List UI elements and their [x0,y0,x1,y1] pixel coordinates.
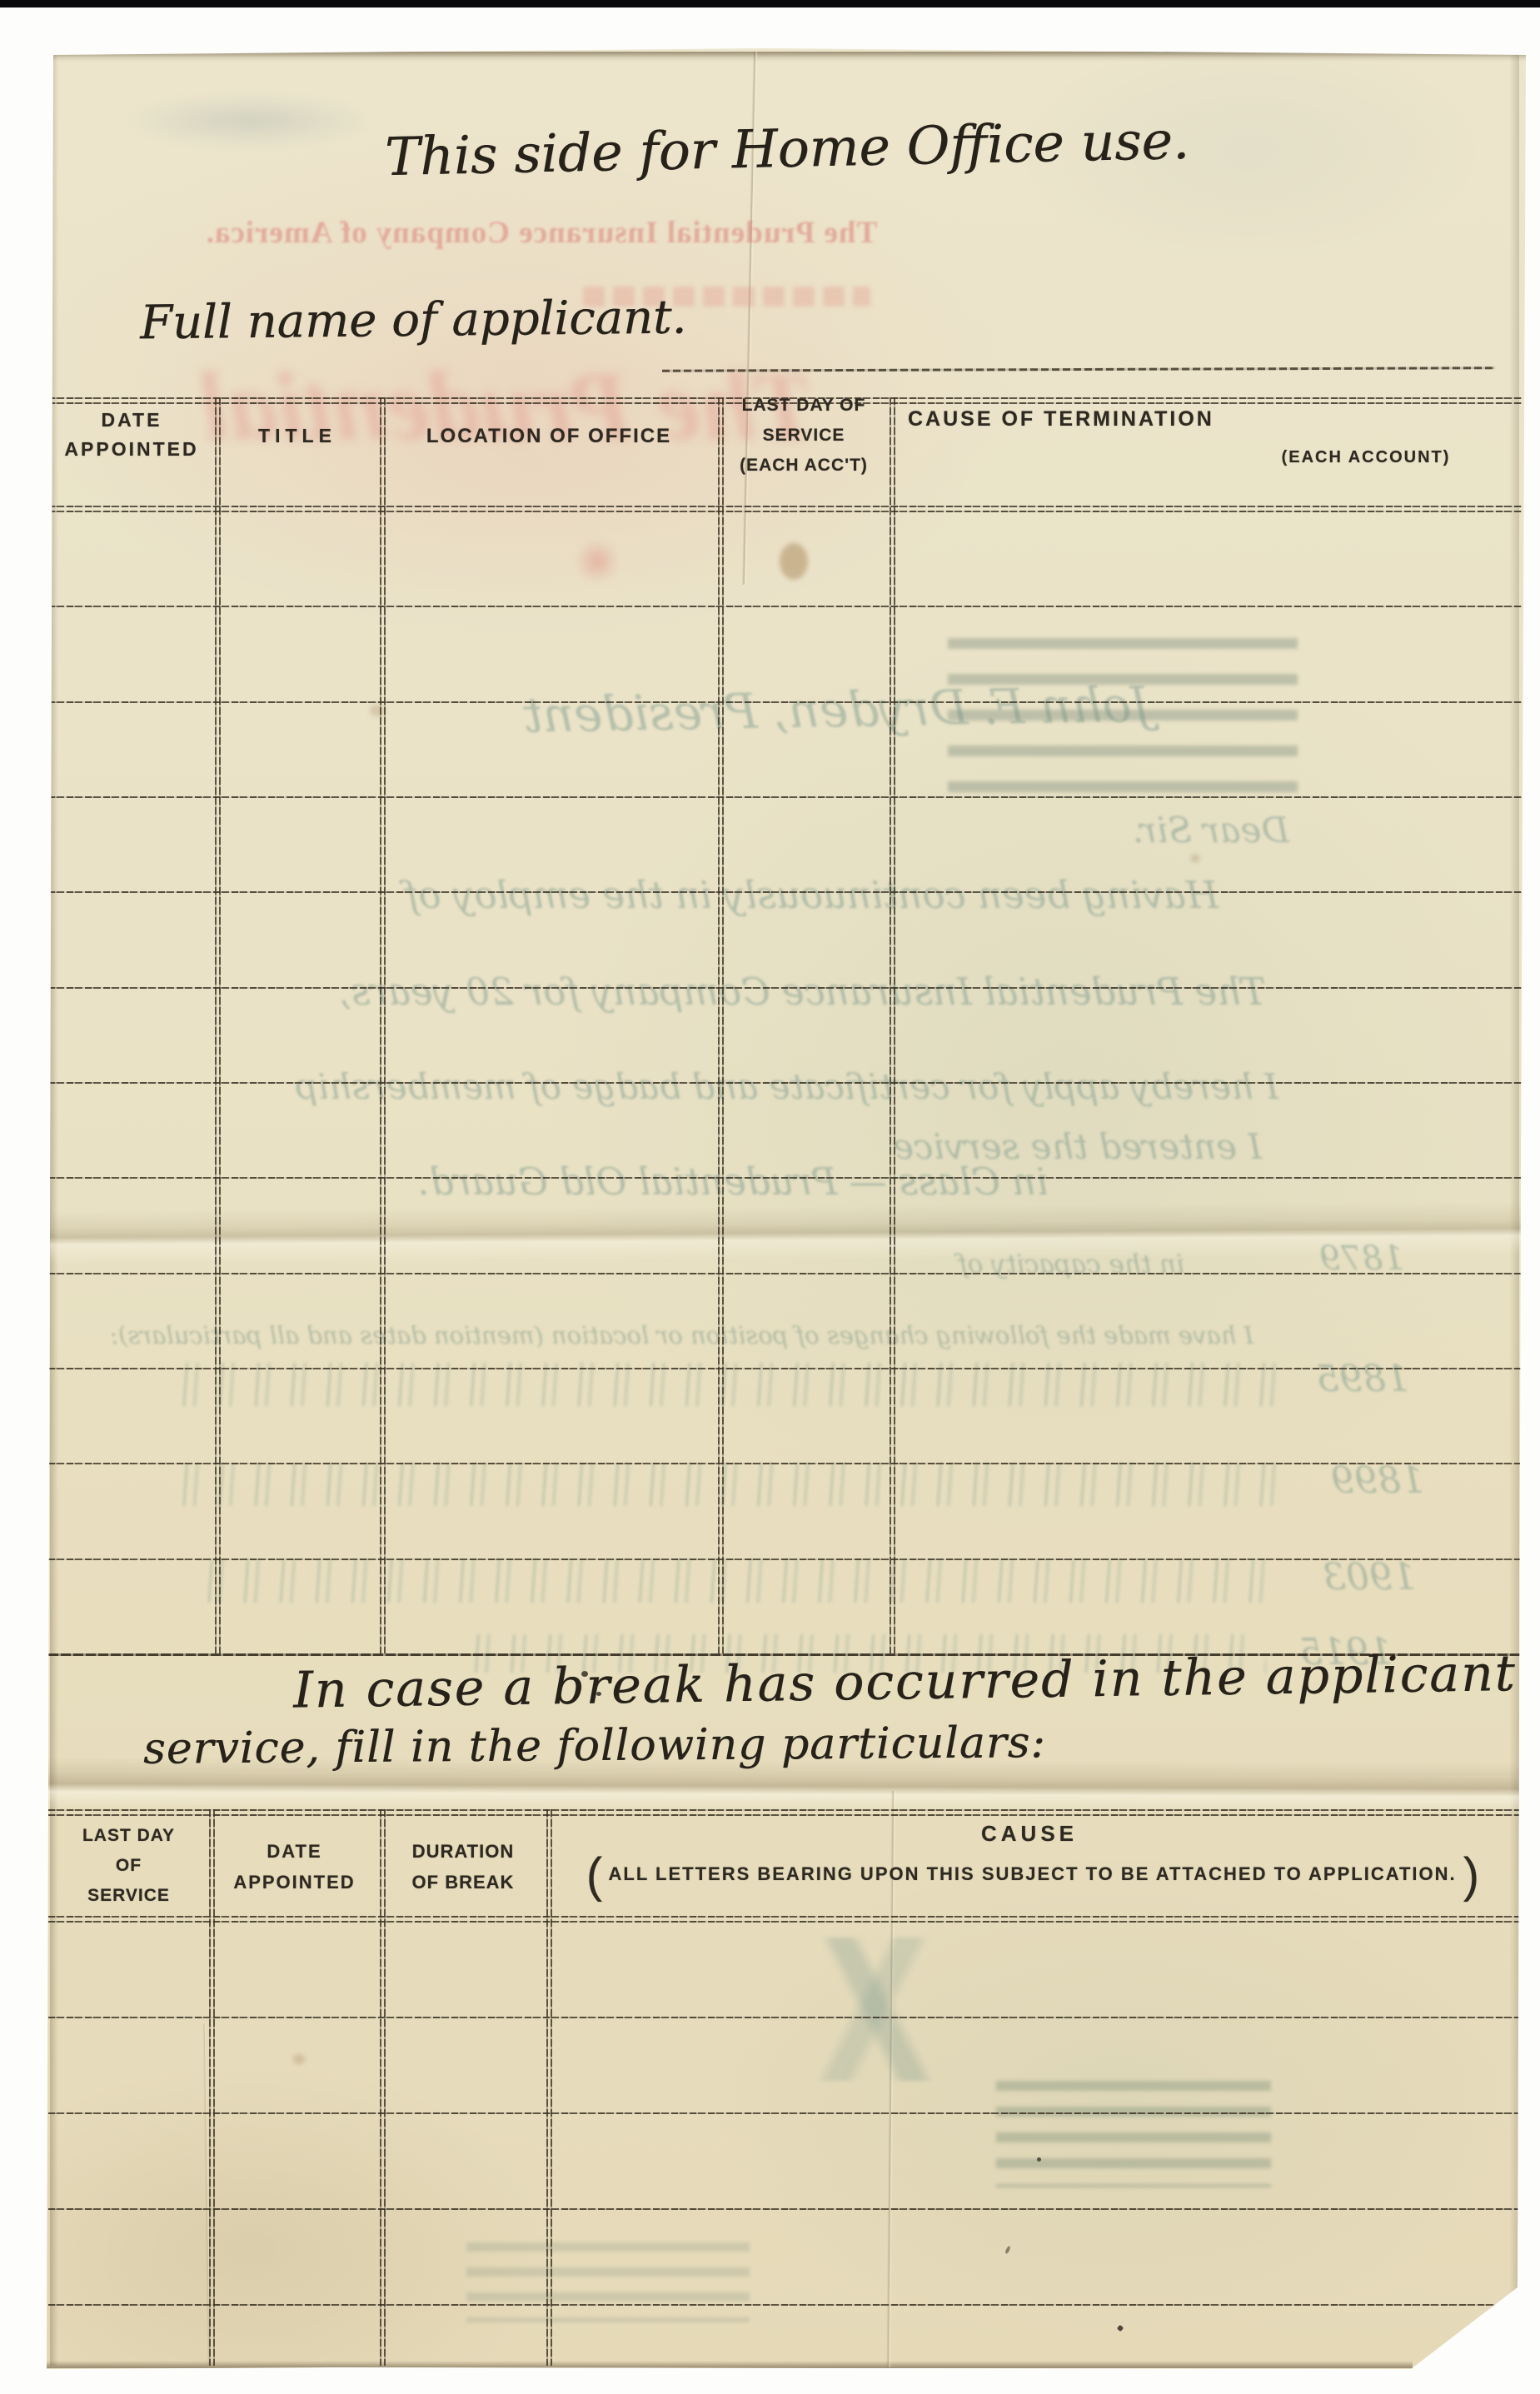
full-name-blank-line [662,367,1495,372]
table-line [48,1177,1522,1179]
header-line: DATE [209,1836,380,1867]
bleedthrough-flourish [698,1938,1056,2081]
header-line: DURATION [380,1836,546,1867]
column-header-duration-of-break: DURATION OF BREAK [380,1836,546,1898]
table-line [48,701,1522,703]
ink-speck [1037,2157,1041,2162]
ink-speck [1004,2246,1011,2255]
table-line [48,1809,1522,1811]
column-header-last-day-of-service: LAST DAY OF SERVICE (EACH ACC'T) [718,391,890,481]
bleedthrough-year: 1903 [1323,1556,1416,1598]
table-line [48,891,1522,893]
column-header-cause-note: ( ALL LETTERS BEARING UPON THIS SUBJECT … [550,1859,1516,1888]
table-line [48,606,1522,607]
table-line [384,397,386,1653]
bleedthrough-signature: John F. Dryden, President [420,674,1253,745]
bleedthrough-script-line: in the capacity of [976,1249,1184,1279]
cause-note-text: ALL LETTERS BEARING UPON THIS SUBJECT TO… [609,1863,1457,1884]
table-line [890,397,891,1653]
bleedthrough-year: 1899 [1331,1459,1424,1502]
table-line [380,397,381,1653]
table-line [48,1273,1522,1274]
bleedthrough-script-line: The Prudential Insurance Company for 20 … [350,970,1266,1014]
column-header-location-of-office: LOCATION OF OFFICE [380,421,718,451]
table-line [48,2112,1522,2114]
table-line [48,1921,1522,1923]
header-line: SERVICE [48,1881,209,1911]
column-header-each-account: (EACH ACCOUNT) [1266,443,1466,472]
column-header-last-day-of-service: LAST DAY OF SERVICE [48,1821,209,1911]
paper-top-edge [50,52,1526,62]
horizontal-fold-crease [47,1202,1523,1264]
bleedthrough-red-company-name: The Prudential Insurance Company of Amer… [167,215,916,251]
bleedthrough-script-line: I have made the following changes of pos… [154,1321,1253,1349]
bleedthrough-smudge [125,93,375,148]
table-line [219,397,221,1653]
bleedthrough-small-print [466,2242,750,2322]
table-line [48,1463,1522,1464]
table-line [48,987,1522,989]
table-line [48,796,1522,798]
header-line: OF BREAK [380,1867,546,1898]
header-line: (EACH ACC'T) [718,451,890,481]
table-line [718,397,720,1653]
bleedthrough-script-line: I hereby apply for certificate and badge… [350,1066,1278,1107]
stain [370,705,385,716]
bleedthrough-small-print [948,638,1298,809]
header-line: DATE [48,406,215,435]
header-line: LAST DAY OF [718,391,890,421]
table-line [48,2208,1522,2210]
table-line [48,511,1522,512]
table-line [48,1368,1522,1369]
paper-sheet: The Prudential Insurance Company of Amer… [0,0,1540,2394]
column-header-title: TITLE [215,421,380,451]
table-line [48,2304,1522,2306]
paper-right-edge [1509,53,1519,2294]
paper-bottom-edge [47,2361,1413,2368]
full-name-label: Full name of applicant. [140,291,687,351]
stain [1191,855,1199,862]
header-line: APPOINTED [209,1867,380,1898]
bleedthrough-salutation: Dear Sir. [1106,810,1289,850]
bleedthrough-small-print [996,2081,1271,2187]
paren-close: ) [1463,1848,1479,1903]
column-header-cause: CAUSE [546,1819,1513,1848]
stain [293,2054,305,2064]
table-line [48,1814,1522,1816]
column-header-date-appointed: DATE APPOINTED [48,406,215,464]
scanned-document-page: The Prudential Insurance Company of Amer… [0,0,1540,2394]
header-line: APPOINTED [48,435,215,464]
paren-open: ( [586,1848,602,1903]
header-line: OF [48,1851,209,1881]
ink-speck [1117,2325,1124,2332]
table-line [48,2017,1522,2018]
bleedthrough-red-seal [573,540,621,583]
table-line [48,1559,1522,1560]
bleedthrough-year: 1895 [1316,1358,1409,1400]
bleedthrough-handwriting [175,1463,1291,1506]
column-header-cause-of-termination: CAUSE OF TERMINATION [908,405,1374,434]
table-line [546,1809,548,2366]
header-line: LAST DAY [48,1821,209,1851]
column-header-date-appointed: DATE APPOINTED [209,1836,380,1898]
header-line: SERVICE [718,421,890,451]
bleedthrough-handwriting [200,1559,1283,1603]
break-note-line2: service, fill in the following particula… [143,1718,1046,1774]
table-line [722,397,724,1653]
bleedthrough-script-line: in Class — Prudential Old Guard. [358,1160,1108,1204]
scanner-bed-strip [0,0,1540,7]
paper-left-edge [50,53,58,2366]
table-line [48,1082,1522,1084]
table-line [48,1916,1522,1918]
page-title: This side for Home Office use. [366,109,1208,187]
table-line [894,397,895,1653]
table-line [215,397,217,1653]
bleedthrough-script-line: I entered the service [783,1126,1262,1167]
table-line [48,506,1522,507]
stain [780,543,808,580]
bleedthrough-script-line: Having been continuously in the employ o… [415,873,1219,917]
table-line [551,1809,552,2366]
